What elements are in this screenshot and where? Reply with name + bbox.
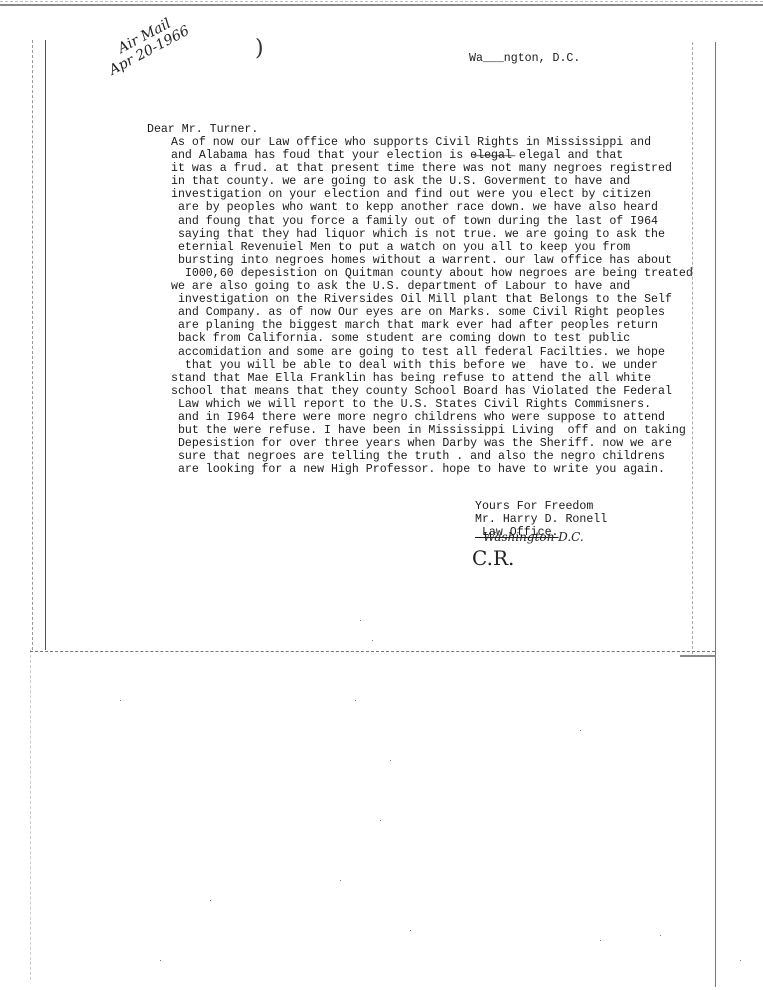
scan-speck	[580, 730, 581, 731]
body-line: and foung that you force a family out of…	[171, 215, 693, 228]
body-line: Depesistion for over three years when Da…	[171, 437, 693, 450]
body-line: investigation on the Riversides Oil Mill…	[171, 293, 693, 306]
body-line: bursting into negroes homes without a wa…	[171, 254, 693, 267]
scan-speck	[390, 760, 391, 761]
left-margin-line	[45, 40, 46, 650]
greeting: Dear Mr. Turner.	[147, 123, 258, 136]
letterhead-location: Wa___ngton, D.C.	[469, 52, 580, 65]
lower-left-dotted-line	[30, 650, 31, 980]
body-line: are looking for a new High Professor. ho…	[171, 463, 693, 476]
scan-speck	[740, 960, 741, 961]
body-line: and Company. as of now Our eyes are on M…	[171, 306, 693, 319]
right-margin-line	[715, 42, 716, 987]
scan-speck	[380, 820, 381, 821]
scan-artifact-mark: )	[255, 36, 264, 61]
top-rule-line	[0, 4, 763, 6]
top-scan-edge	[0, 1, 763, 2]
closing-line: Mr. Harry D. Ronell	[475, 513, 607, 526]
closing-line: Yours For Freedom	[475, 500, 607, 513]
body-line: As of now our Law office who supports Ci…	[171, 136, 693, 149]
body-line: stand that Mae Ella Franklin has being r…	[171, 372, 693, 385]
scan-speck	[120, 700, 121, 701]
left-margin-dotted-line	[32, 40, 33, 650]
body-line: are planing the biggest march that mark …	[171, 319, 693, 332]
scan-speck	[372, 640, 373, 641]
body-line: are by peoples who want to kepp another …	[171, 201, 693, 214]
body-line: in that county. we are going to ask the …	[171, 175, 693, 188]
scan-speck	[160, 960, 161, 961]
scan-speck	[600, 940, 601, 941]
body-line: Law which we will report to the U.S. Sta…	[171, 398, 693, 411]
scan-speck	[410, 930, 411, 931]
body-line: investigation on your election and find …	[171, 188, 693, 201]
handwritten-annotation: Air Mail Apr 20-1966	[100, 11, 192, 79]
body-line: and in I964 there were more negro childr…	[171, 411, 693, 424]
scan-speck	[210, 900, 211, 901]
body-line: back from California. some student are c…	[171, 332, 693, 345]
body-line: sure that negroes are telling the truth …	[171, 450, 693, 463]
scan-speck	[340, 880, 341, 881]
body-line: that you will be able to deal with this …	[171, 359, 693, 372]
body-line: school that means that they county Schoo…	[171, 385, 693, 398]
body-line: eternial Revenuiel Men to put a watch on…	[171, 241, 693, 254]
handwritten-place: Washington D.C.	[483, 530, 584, 544]
scan-speck	[355, 700, 356, 701]
body-line: we are also going to ask the U.S. depart…	[171, 280, 693, 293]
body-line: it was a frud. at that present time ther…	[171, 162, 693, 175]
body-line: but the were refuse. I have been in Miss…	[171, 424, 693, 437]
body-line: I000,60 depesistion on Quitman county ab…	[171, 267, 693, 280]
body-line: accomidation and some are going to test …	[171, 346, 693, 359]
scan-speck	[660, 935, 661, 936]
scanned-letter-page: Air Mail Apr 20-1966 ) Wa___ngton, D.C. …	[0, 0, 763, 990]
body-line: and Alabama has foud that your election …	[171, 149, 693, 162]
page-bottom-fold-line	[30, 651, 715, 652]
body-line: saying that they had liquor which is not…	[171, 228, 693, 241]
scan-speck	[360, 620, 361, 621]
fold-line-right-segment	[680, 655, 716, 657]
handwritten-initials: C.R.	[472, 546, 514, 570]
letter-body: As of now our Law office who supports Ci…	[171, 136, 693, 476]
